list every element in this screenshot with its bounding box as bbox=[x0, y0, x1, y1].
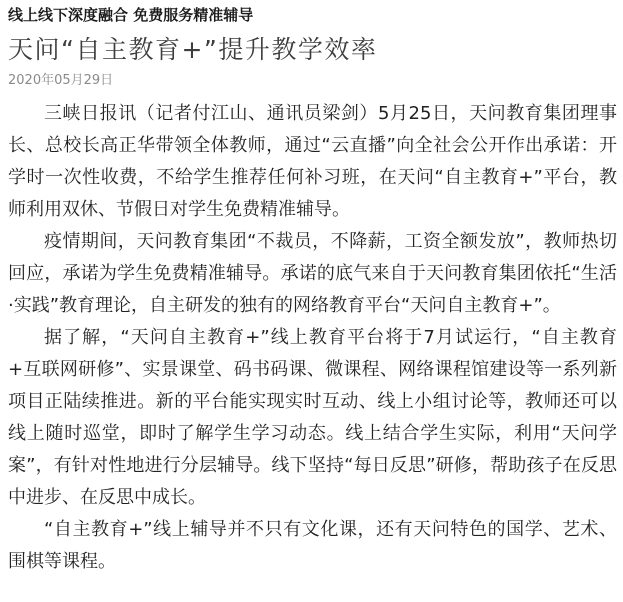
article-body: 三峡日报讯（记者付江山、通讯员梁剑）5月25日，天问教育集团理事长、总校长高正华… bbox=[8, 98, 617, 578]
article-title: 天问“自主教育+”提升教学效率 bbox=[8, 34, 617, 66]
article: 线上线下深度融合 免费服务精准辅导 天问“自主教育+”提升教学效率 2020年0… bbox=[0, 0, 623, 578]
article-paragraph-4: “自主教育+”线上辅导并不只有文化课，还有天问特色的国学、艺术、围棋等课程。 bbox=[8, 514, 617, 578]
article-date: 2020年05月29日 bbox=[8, 73, 617, 89]
article-paragraph-1: 三峡日报讯（记者付江山、通讯员梁剑）5月25日，天问教育集团理事长、总校长高正华… bbox=[8, 98, 617, 226]
article-paragraph-3: 据了解，“天问自主教育+”线上教育平台将于7月试运行，“自主教育+互联网研修”、… bbox=[8, 322, 617, 514]
article-kicker: 线上线下深度融合 免费服务精准辅导 bbox=[8, 5, 617, 25]
article-paragraph-2: 疫情期间，天问教育集团“不裁员，不降薪，工资全额发放”，教师热切回应，承诺为学生… bbox=[8, 226, 617, 322]
